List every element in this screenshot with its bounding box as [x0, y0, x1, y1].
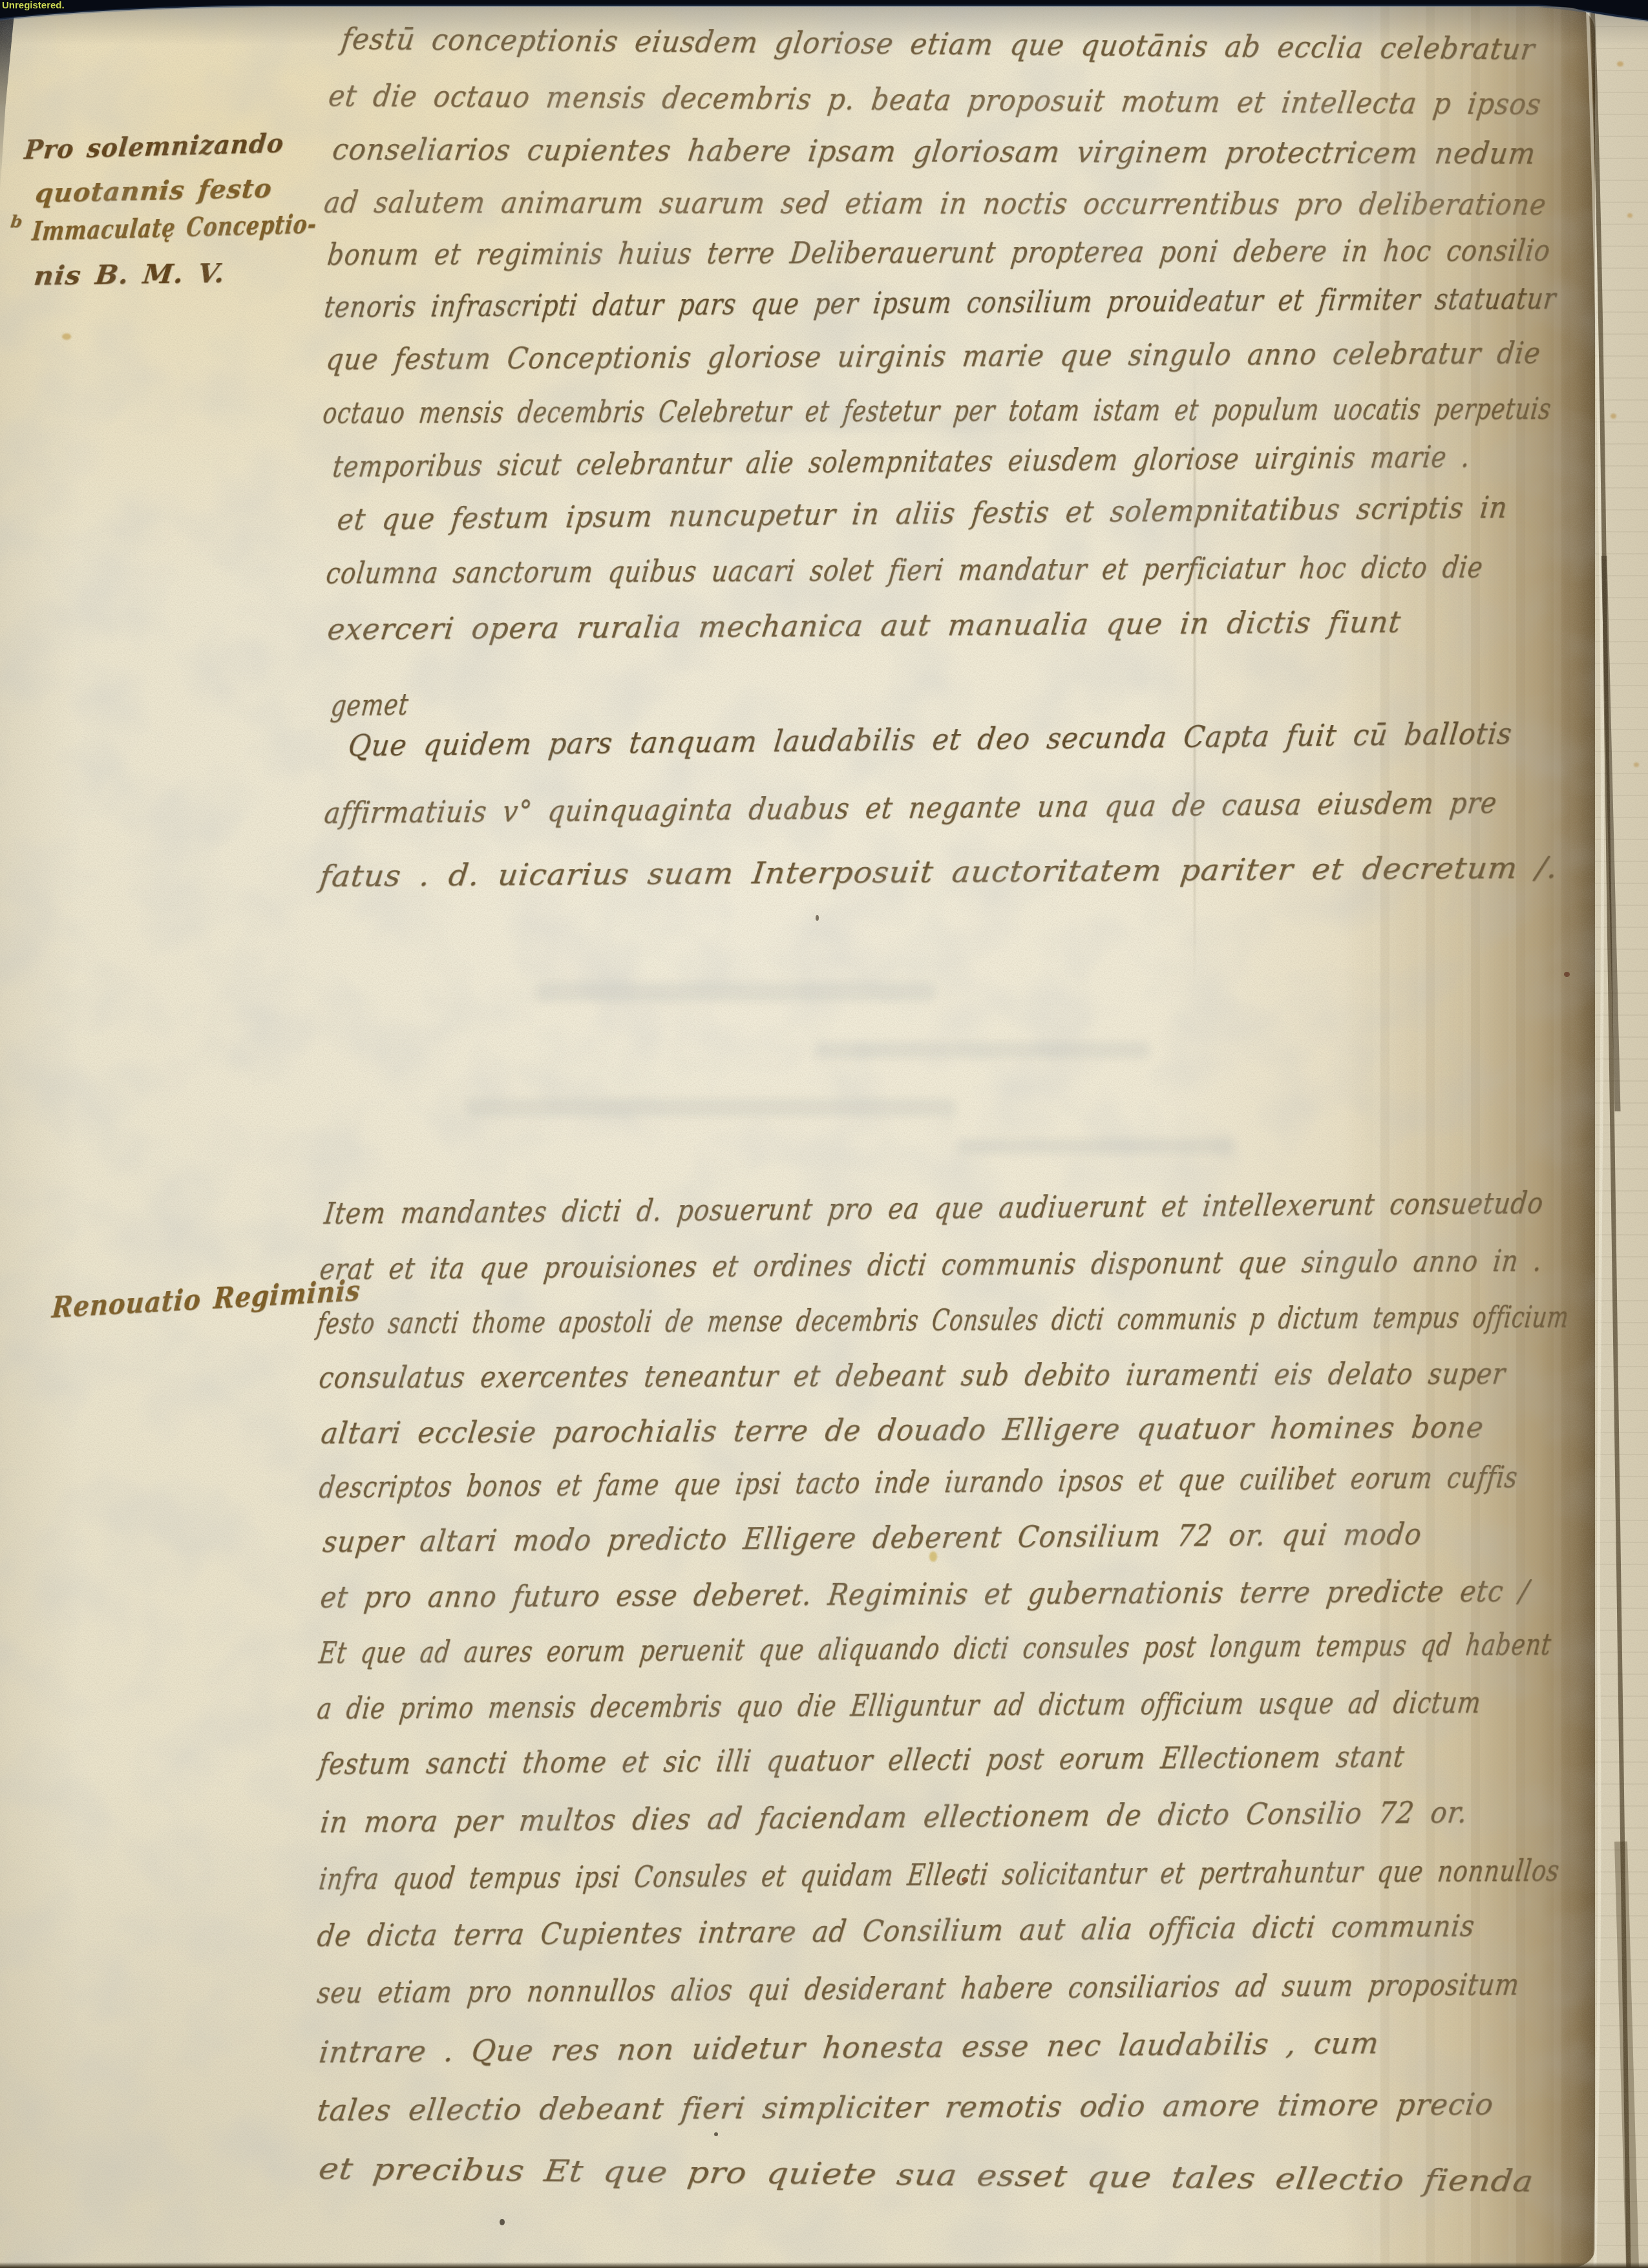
manuscript-line: descriptos bonos et fame que ipsi tacto … [317, 1460, 1519, 1505]
manuscript-line: in mora per multos dies ad faciendam ell… [319, 1796, 1470, 1840]
manuscript-line: gemet [329, 688, 410, 723]
manuscript-line: tales ellectio debeant fieri simpliciter… [315, 2087, 1495, 2127]
margin-note-line: Immaculatę Conceptio- [31, 209, 319, 247]
manuscript-line: erat et ita que prouisiones et ordines d… [318, 1244, 1544, 1286]
manuscript-line: a die primo mensis decembris quo die Ell… [315, 1686, 1483, 1726]
manuscript-line: consulatus exercentes teneantur et debea… [317, 1357, 1508, 1395]
manuscript-line: seu etiam pro nonnullos alios qui deside… [315, 1968, 1521, 2010]
text-layer: festū conceptionis eiusdem gloriose etia… [0, 0, 1648, 2268]
manuscript-line: Item mandantes dicti d. posuerunt pro ea… [322, 1186, 1545, 1231]
manuscript-line: conseliarios cupientes habere ipsam glor… [330, 132, 1537, 171]
margin-note-line: Pro solemnizando [23, 129, 286, 165]
manuscript-line: et que festum ipsum nuncupetur in aliis … [335, 490, 1510, 537]
bottom-edge-shadow [0, 2262, 1648, 2268]
manuscript-line: tenoris infrascripti datur pars que per … [322, 282, 1558, 324]
manuscript-line: festū conceptionis eiusdem gloriose etia… [339, 22, 1537, 67]
manuscript-line: bonum et regiminis huius terre Deliberau… [326, 233, 1552, 272]
manuscript-line: affirmatiuis v° quinquaginta duabus et n… [322, 786, 1499, 830]
manuscript-line: et die octauo mensis decembris p. beata … [326, 79, 1543, 121]
margin-note-line: b [9, 213, 24, 233]
manuscript-line: de dicta terra Cupientes intrare ad Cons… [315, 1909, 1477, 1953]
manuscript-line: infra quod tempus ipsi Consules et quida… [317, 1854, 1561, 1896]
manuscript-scan: festū conceptionis eiusdem gloriose etia… [0, 0, 1648, 2268]
margin-note-line: nis B. M. V. [32, 259, 226, 291]
margin-note-line: Renouatio Regiminis [51, 1275, 362, 1325]
manuscript-line: festum sancti thome et sic illi quatuor … [317, 1739, 1406, 1781]
manuscript-line: que festum Conceptionis gloriose uirgini… [324, 336, 1543, 377]
manuscript-line: exerceri opera ruralia mechanica aut man… [326, 605, 1403, 647]
manuscript-line: columna sanctorum quibus uacari solet fi… [324, 551, 1485, 591]
manuscript-line: altari ecclesie parochialis terre de dou… [319, 1411, 1486, 1451]
manuscript-line: Et que ad aures eorum peruenit que aliqu… [317, 1628, 1553, 1670]
manuscript-line: super altari modo predicto Elligere debe… [321, 1517, 1424, 1559]
manuscript-line: ad salutem animarum suarum sed etiam in … [322, 185, 1548, 222]
manuscript-line: Que quidem pars tanquam laudabilis et de… [346, 717, 1514, 763]
manuscript-line: et precibus Et que pro quiete sua esset … [317, 2152, 1536, 2199]
margin-note-line: quotannis festo [34, 174, 273, 209]
manuscript-line: et pro anno futuro esse deberet. Regimin… [319, 1574, 1531, 1615]
manuscript-line: fatus . d. uicarius suam Interposuit auc… [318, 851, 1559, 894]
manuscript-line: temporibus sicut celebrantur alie solemp… [331, 440, 1472, 484]
manuscript-line: festo sancti thome apostoli de mense dec… [315, 1300, 1571, 1341]
manuscript-line: intrare . Que res non uidetur honesta es… [317, 2026, 1381, 2070]
manuscript-line: octauo mensis decembris Celebretur et fe… [321, 392, 1554, 430]
